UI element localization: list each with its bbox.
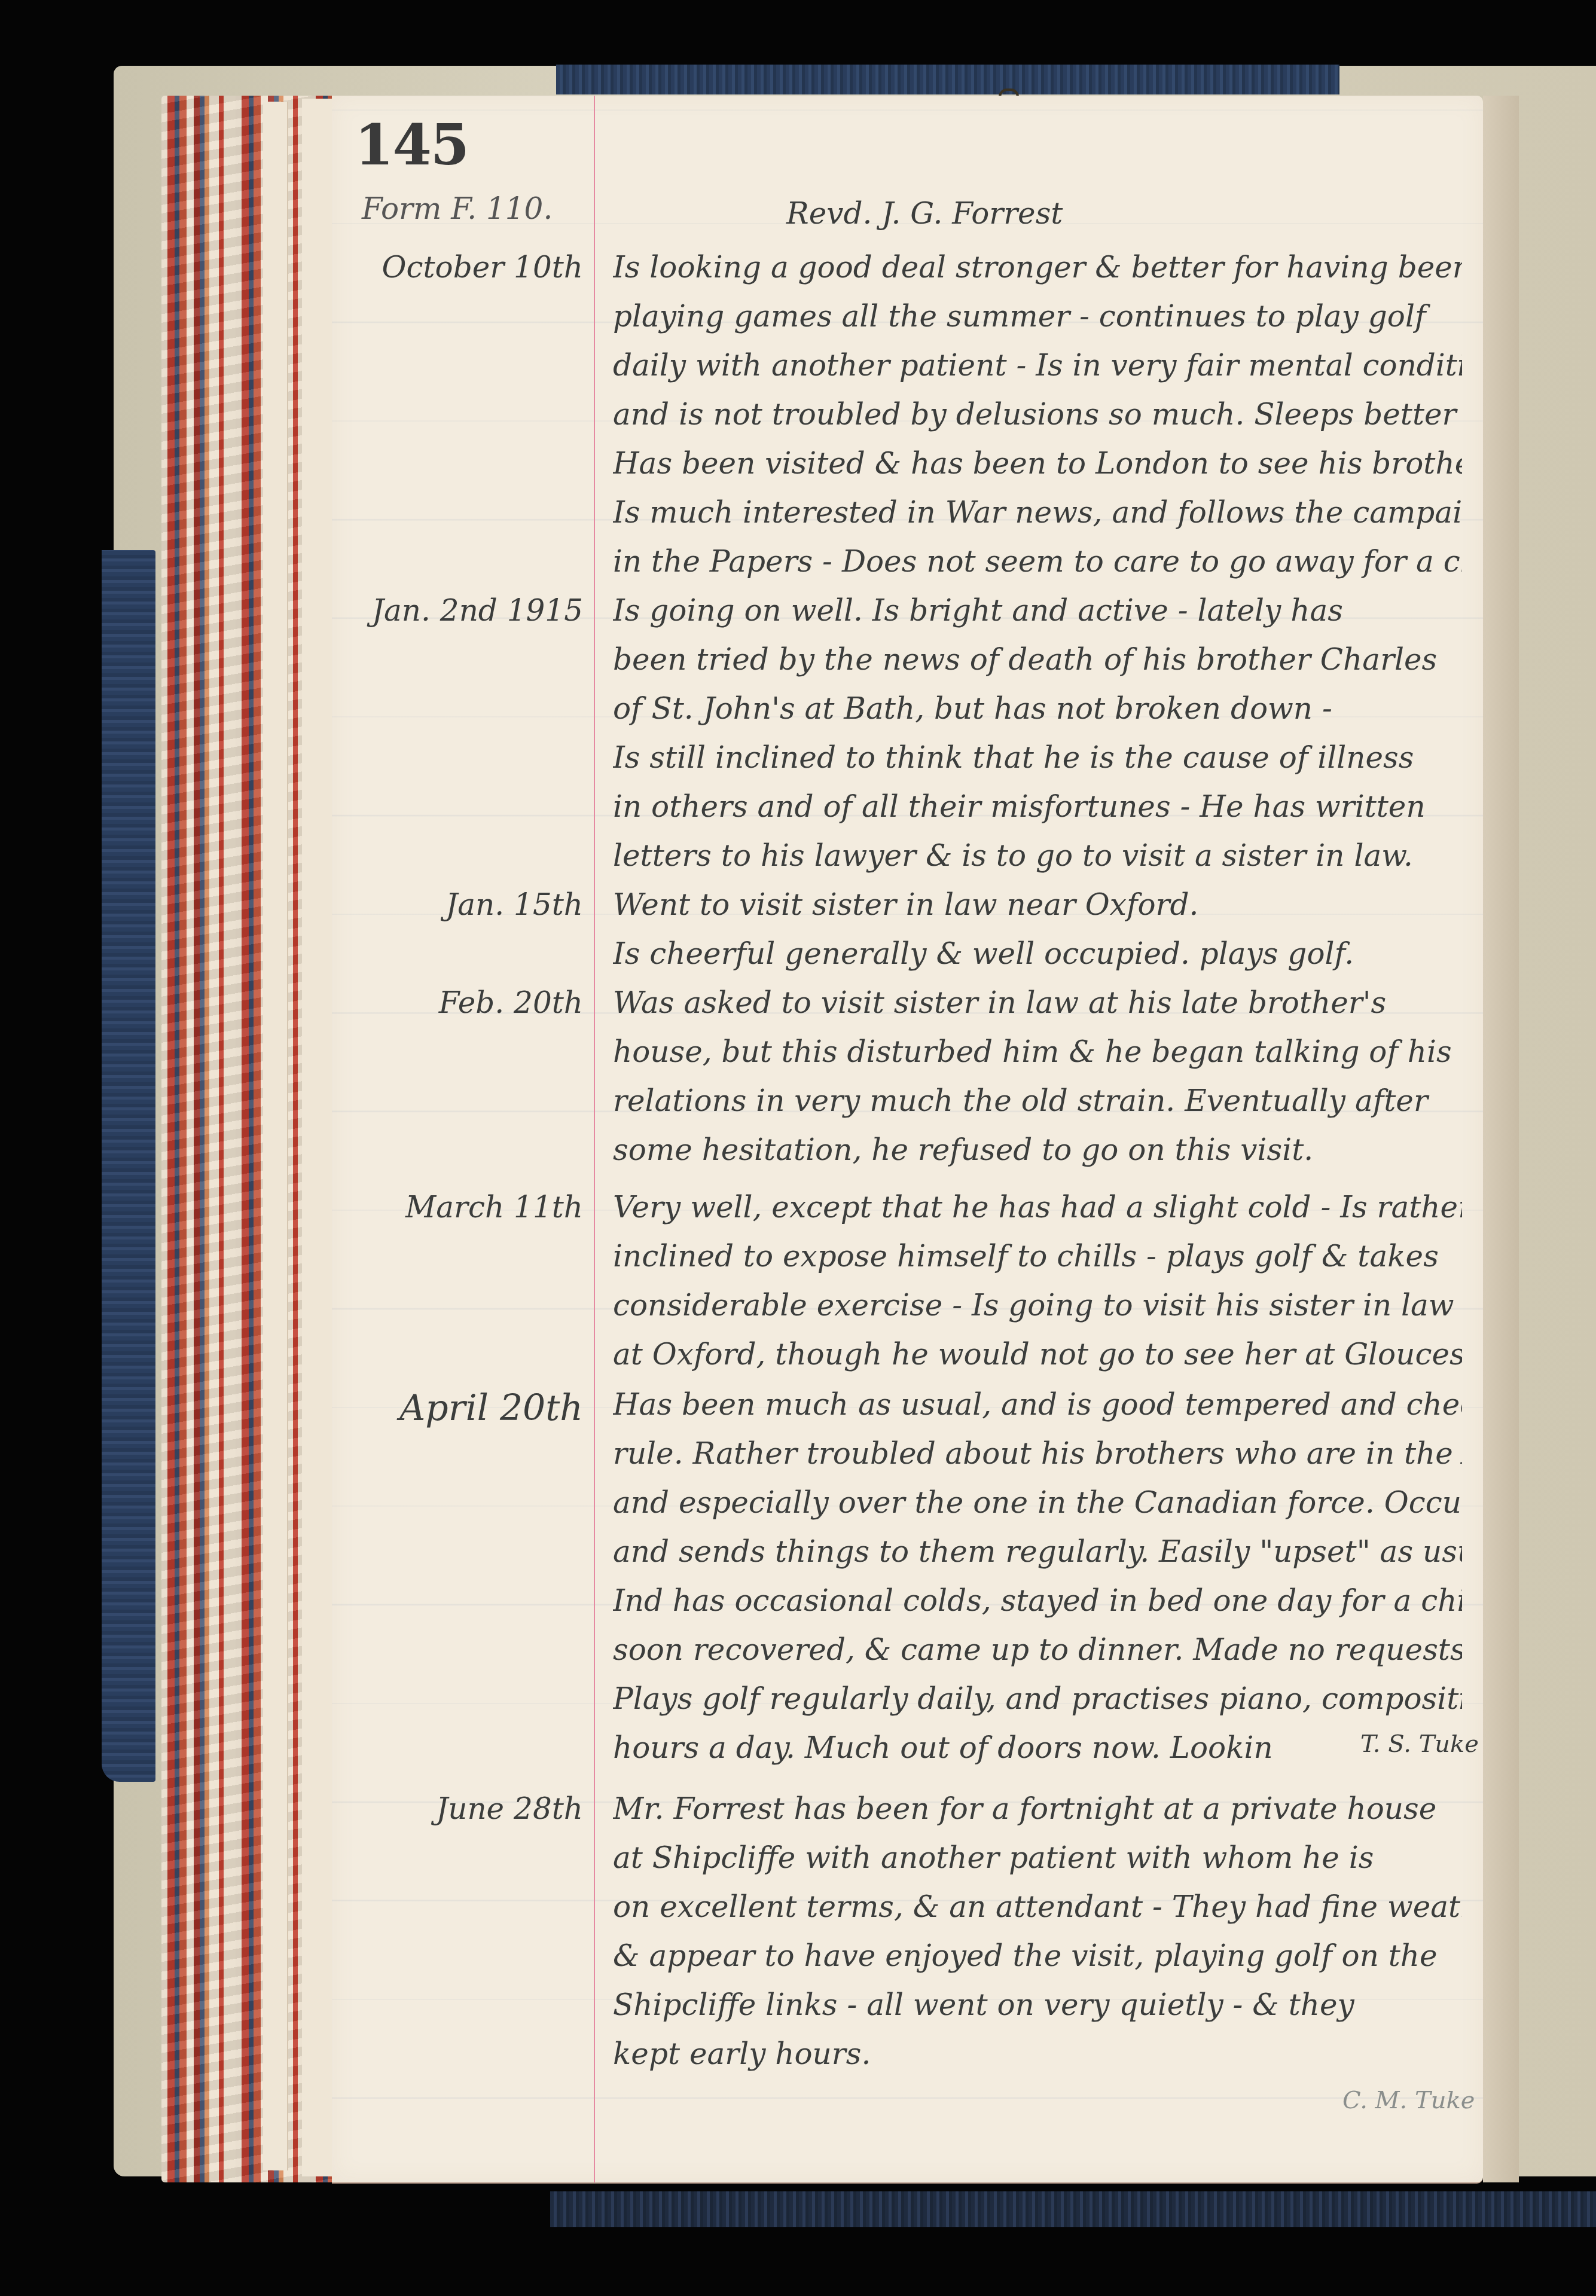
page-number: 145 (355, 112, 468, 178)
entry-line: and is not troubled by delusions so much… (613, 397, 1462, 432)
entry-line: on excellent terms, & an attendant - The… (613, 1889, 1462, 1924)
entry-line: Has been much as usual, and is good temp… (613, 1387, 1462, 1422)
entry-date: Jan. 15th (350, 887, 583, 922)
page-leaf (263, 102, 288, 2170)
entry-line: daily with another patient - Is in very … (613, 348, 1462, 383)
entry-line: letters to his lawyer & is to go to visi… (613, 838, 1462, 873)
entry-line: hours a day. Much out of doors now. Look… (613, 1730, 1271, 1765)
entry-line: Is looking a good deal stronger & better… (613, 250, 1462, 285)
ledger-page: 145 Form F. 110. Revd. J. G. Forrest Oct… (332, 96, 1483, 2184)
patient-name: Revd. J. G. Forrest (786, 196, 1063, 231)
entry-line: and sends things to them regularly. Easi… (613, 1534, 1462, 1569)
entry-line: at Shipcliffe with another patient with … (613, 1840, 1462, 1875)
entry-line: house, but this disturbed him & he began… (613, 1034, 1462, 1069)
entry-line: Has been visited & has been to London to… (613, 446, 1462, 481)
entry-line: Mr. Forrest has been for a fortnight at … (613, 1791, 1462, 1826)
entry-line: Went to visit sister in law near Oxford. (613, 887, 1462, 922)
cloth-binding-top (556, 65, 1339, 94)
entry-line: Ind has occasional colds, stayed in bed … (613, 1583, 1462, 1618)
entry-line: Is cheerful generally & well occupied. p… (613, 936, 1462, 971)
entry-line: Is still inclined to think that he is th… (613, 740, 1462, 775)
entry-line: considerable exercise - Is going to visi… (613, 1288, 1462, 1323)
entry-date: Jan. 2nd 1915 (350, 593, 583, 628)
entry-line: inclined to expose himself to chills - p… (613, 1239, 1462, 1274)
signature: C. M. Tuke (1342, 2087, 1475, 2114)
entry-line: Plays golf regularly daily, and practise… (613, 1681, 1462, 1716)
page-fore-edge (1483, 96, 1519, 2182)
entry-line: at Oxford, though he would not go to see… (613, 1337, 1462, 1372)
entry-line: some hesitation, he refused to go on thi… (613, 1132, 1462, 1167)
entry-line: in others and of all their misfortunes -… (613, 789, 1462, 824)
entry-date: April 20th (350, 1387, 583, 1429)
page-leaf (302, 99, 333, 2176)
entry-line: Was asked to visit sister in law at his … (613, 985, 1462, 1020)
entry-line: kept early hours. (613, 2037, 1462, 2071)
entry-line: soon recovered, & came up to dinner. Mad… (613, 1632, 1462, 1667)
entry-line: Very well, except that he has had a slig… (613, 1190, 1462, 1225)
entry-date: Feb. 20th (350, 985, 583, 1020)
cloth-binding-bottom (550, 2191, 1596, 2227)
entry-date: June 28th (350, 1791, 583, 1826)
entry-line: and especially over the one in the Canad… (613, 1485, 1462, 1520)
cloth-binding-spine (102, 550, 155, 1782)
entry-line: Is going on well. Is bright and active -… (613, 593, 1462, 628)
entry-line: Shipcliffe links - all went on very quie… (613, 1987, 1462, 2022)
case-reference: Form F. 110. (362, 191, 553, 226)
entry-line: of St. John's at Bath, but has not broke… (613, 691, 1462, 726)
entry-line: rule. Rather troubled about his brothers… (613, 1436, 1462, 1471)
margin-rule (594, 96, 595, 2182)
entry-line: playing games all the summer - continues… (613, 299, 1462, 334)
entry-line: in the Papers - Does not seem to care to… (613, 544, 1462, 579)
signature: T. S. Tuke (1360, 1730, 1479, 1758)
entry-line: been tried by the news of death of his b… (613, 642, 1462, 677)
entry-line: relations in very much the old strain. E… (613, 1083, 1462, 1118)
entry-line: & appear to have enjoyed the visit, play… (613, 1938, 1462, 1973)
entry-date: March 11th (350, 1190, 583, 1225)
entry-line: Is much interested in War news, and foll… (613, 495, 1462, 530)
entry-date: October 10th (350, 250, 583, 285)
